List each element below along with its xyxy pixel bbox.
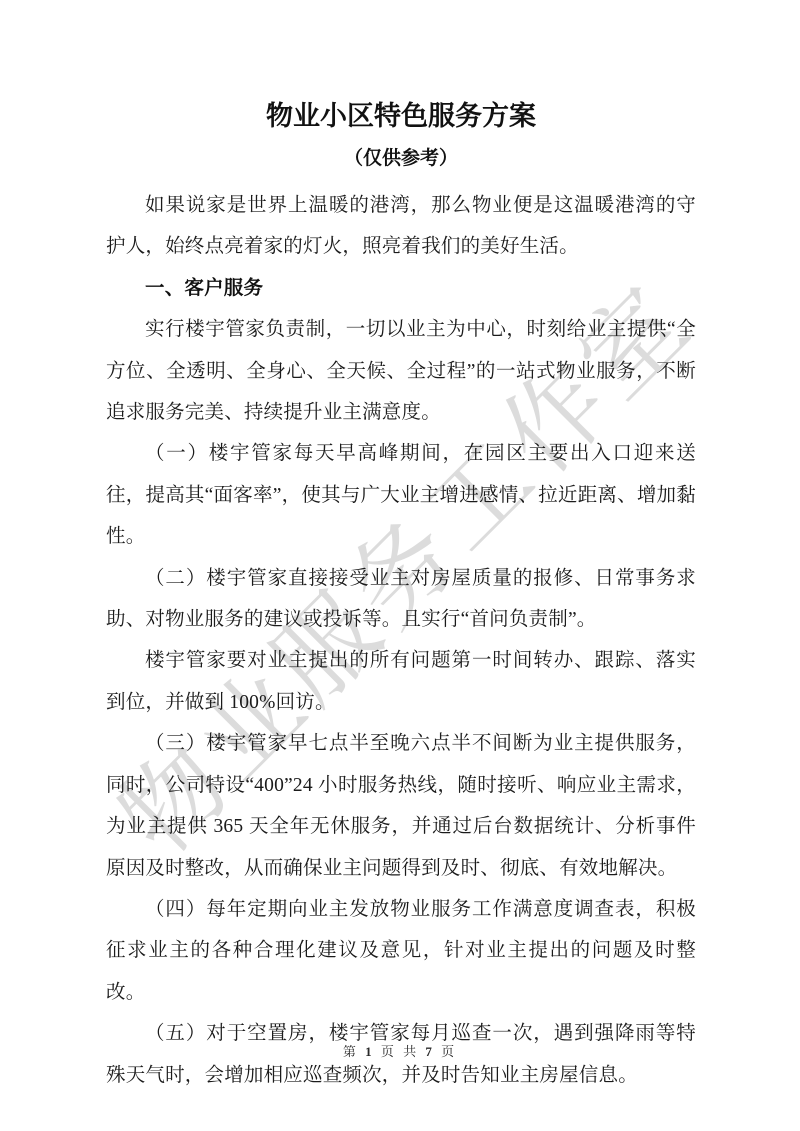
footer-of-label: 共 xyxy=(403,1044,419,1059)
footer-current-page-number: 1 xyxy=(365,1044,375,1059)
paragraph-intro: 如果说家是世界上温暖的港湾，那么物业便是这温暖港湾的守护人，始终点亮着家的灯火，… xyxy=(106,185,696,268)
paragraph-item-4: （四）每年定期向业主发放物业服务工作满意度调查表，积极征求业主的各种合理化建议及… xyxy=(106,889,696,1013)
document-page: 物业服务工作室 物业小区特色服务方案 （仅供参考） 如果说家是世界上温暖的港湾，… xyxy=(0,0,800,1131)
paragraph-service-principle: 实行楼宇管家负责制，一切以业主为中心，时刻给业主提供“全方位、全透明、全身心、全… xyxy=(106,309,696,433)
paragraph-item-3: （三）楼宇管家早七点半至晚六点半不间断为业主提供服务，同时，公司特设“400”2… xyxy=(106,723,696,889)
paragraph-item-2-followup: 楼宇管家要对业主提出的所有问题第一时间转办、跟踪、落实到位，并做到 100%回访… xyxy=(106,640,696,723)
paragraph-item-2: （二）楼宇管家直接接受业主对房屋质量的报修、日常事务求助、对物业服务的建议或投诉… xyxy=(106,558,696,641)
footer-total-pages-number: 7 xyxy=(425,1044,435,1059)
paragraph-item-1: （一）楼宇管家每天早高峰期间，在园区主要出入口迎来送往，提高其“面客率”，使其与… xyxy=(106,433,696,557)
footer-page-label: 页 xyxy=(381,1044,397,1059)
page-footer: 第 1 页 共 7 页 xyxy=(0,1042,800,1062)
section-heading-customer-service: 一、客户服务 xyxy=(106,268,696,309)
footer-page-label-2: 页 xyxy=(441,1044,457,1059)
document-title: 物业小区特色服务方案 xyxy=(106,96,696,136)
footer-prefix: 第 xyxy=(343,1044,359,1059)
document-subtitle: （仅供参考） xyxy=(106,144,696,174)
document-content: 物业小区特色服务方案 （仅供参考） 如果说家是世界上温暖的港湾，那么物业便是这温… xyxy=(0,0,800,1131)
